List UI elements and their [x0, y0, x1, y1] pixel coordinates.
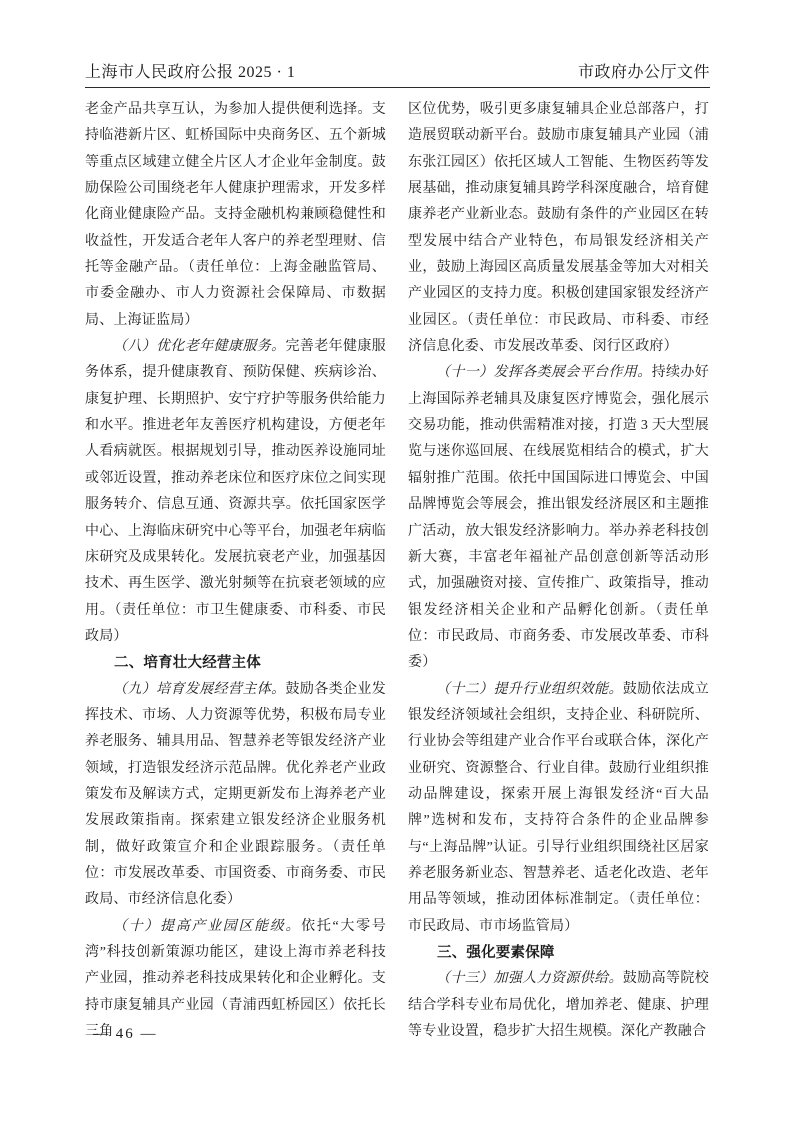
paragraph-item-9: （九）培育发展经营主体。鼓励各类企业发挥技术、市场、人力资源等优势，积极布局专业…	[85, 677, 386, 914]
paragraph-item-8: （八）优化老年健康服务。完善老年健康服务体系，提升健康教育、预防保健、疾病诊治、…	[85, 334, 386, 650]
paragraph-text: 完善老年健康服务体系，提升健康教育、预防保健、疾病诊治、康复护理、长期照护、安宁…	[85, 339, 386, 644]
section-heading-2: 二、培育壮大经营主体	[85, 650, 386, 676]
page-number: — 46 —	[93, 1026, 158, 1043]
paragraph-text: 鼓励依法成立银发经济领域社会组织，支持企业、科研院所、行业协会等组建产业合作平台…	[408, 682, 709, 934]
paragraph-text: 鼓励各类企业发挥技术、市场、人力资源等优势，积极布局专业养老服务、辅具用品、智慧…	[85, 682, 386, 908]
paragraph-lead: （九）培育发展经营主体。	[113, 682, 286, 697]
paragraph-lead: （十三）加强人力资源供给。	[436, 971, 623, 986]
header-rule	[85, 87, 710, 88]
paragraph-continuation: 区位优势，吸引更多康复辅具企业总部落户，打造展贸联动新平台。鼓励市康复辅具产业园…	[408, 97, 709, 360]
left-column: 老金产品共享互认，为参加人提供便利选择。支持临港新片区、虹桥国际中央商务区、五个…	[85, 97, 386, 1045]
paragraph-lead: （十一）发挥各类展会平台作用。	[436, 365, 652, 380]
document-body: 老金产品共享互认，为参加人提供便利选择。支持临港新片区、虹桥国际中央商务区、五个…	[85, 97, 710, 1045]
document-category: 市政府办公厅文件	[578, 59, 710, 82]
paragraph-text: 区位优势，吸引更多康复辅具企业总部落户，打造展贸联动新平台。鼓励市康复辅具产业园…	[408, 102, 709, 354]
paragraph-lead: （十）提高产业园区能级。	[113, 919, 301, 934]
paragraph-item-13: （十三）加强人力资源供给。鼓励高等院校结合学科专业布局优化，增加养老、健康、护理…	[408, 966, 709, 1045]
paragraph-item-11: （十一）发挥各类展会平台作用。持续办好上海国际养老辅具及康复医疗博览会，强化展示…	[408, 360, 709, 676]
section-heading-3: 三、强化要素保障	[408, 940, 709, 966]
paragraph-text: 老金产品共享互认，为参加人提供便利选择。支持临港新片区、虹桥国际中央商务区、五个…	[85, 102, 386, 328]
gazette-title: 上海市人民政府公报 2025 · 1	[85, 59, 295, 82]
paragraph-continuation: 老金产品共享互认，为参加人提供便利选择。支持临港新片区、虹桥国际中央商务区、五个…	[85, 97, 386, 334]
paragraph-text: 持续办好上海国际养老辅具及康复医疗博览会，强化展示交易功能，推动供需精准对接，打…	[408, 365, 709, 670]
paragraph-lead: （十二）提升行业组织效能。	[436, 682, 623, 697]
right-column: 区位优势，吸引更多康复辅具企业总部落户，打造展贸联动新平台。鼓励市康复辅具产业园…	[408, 97, 709, 1045]
page-header: 上海市人民政府公报 2025 · 1 市政府办公厅文件	[85, 59, 710, 82]
paragraph-text: 依托“大零号湾”科技创新策源功能区，建设上海市养老科技产业园，推动养老科技成果转…	[85, 919, 386, 1039]
paragraph-lead: （八）优化老年健康服务。	[113, 339, 286, 354]
paragraph-item-12: （十二）提升行业组织效能。鼓励依法成立银发经济领域社会组织，支持企业、科研院所、…	[408, 677, 709, 940]
